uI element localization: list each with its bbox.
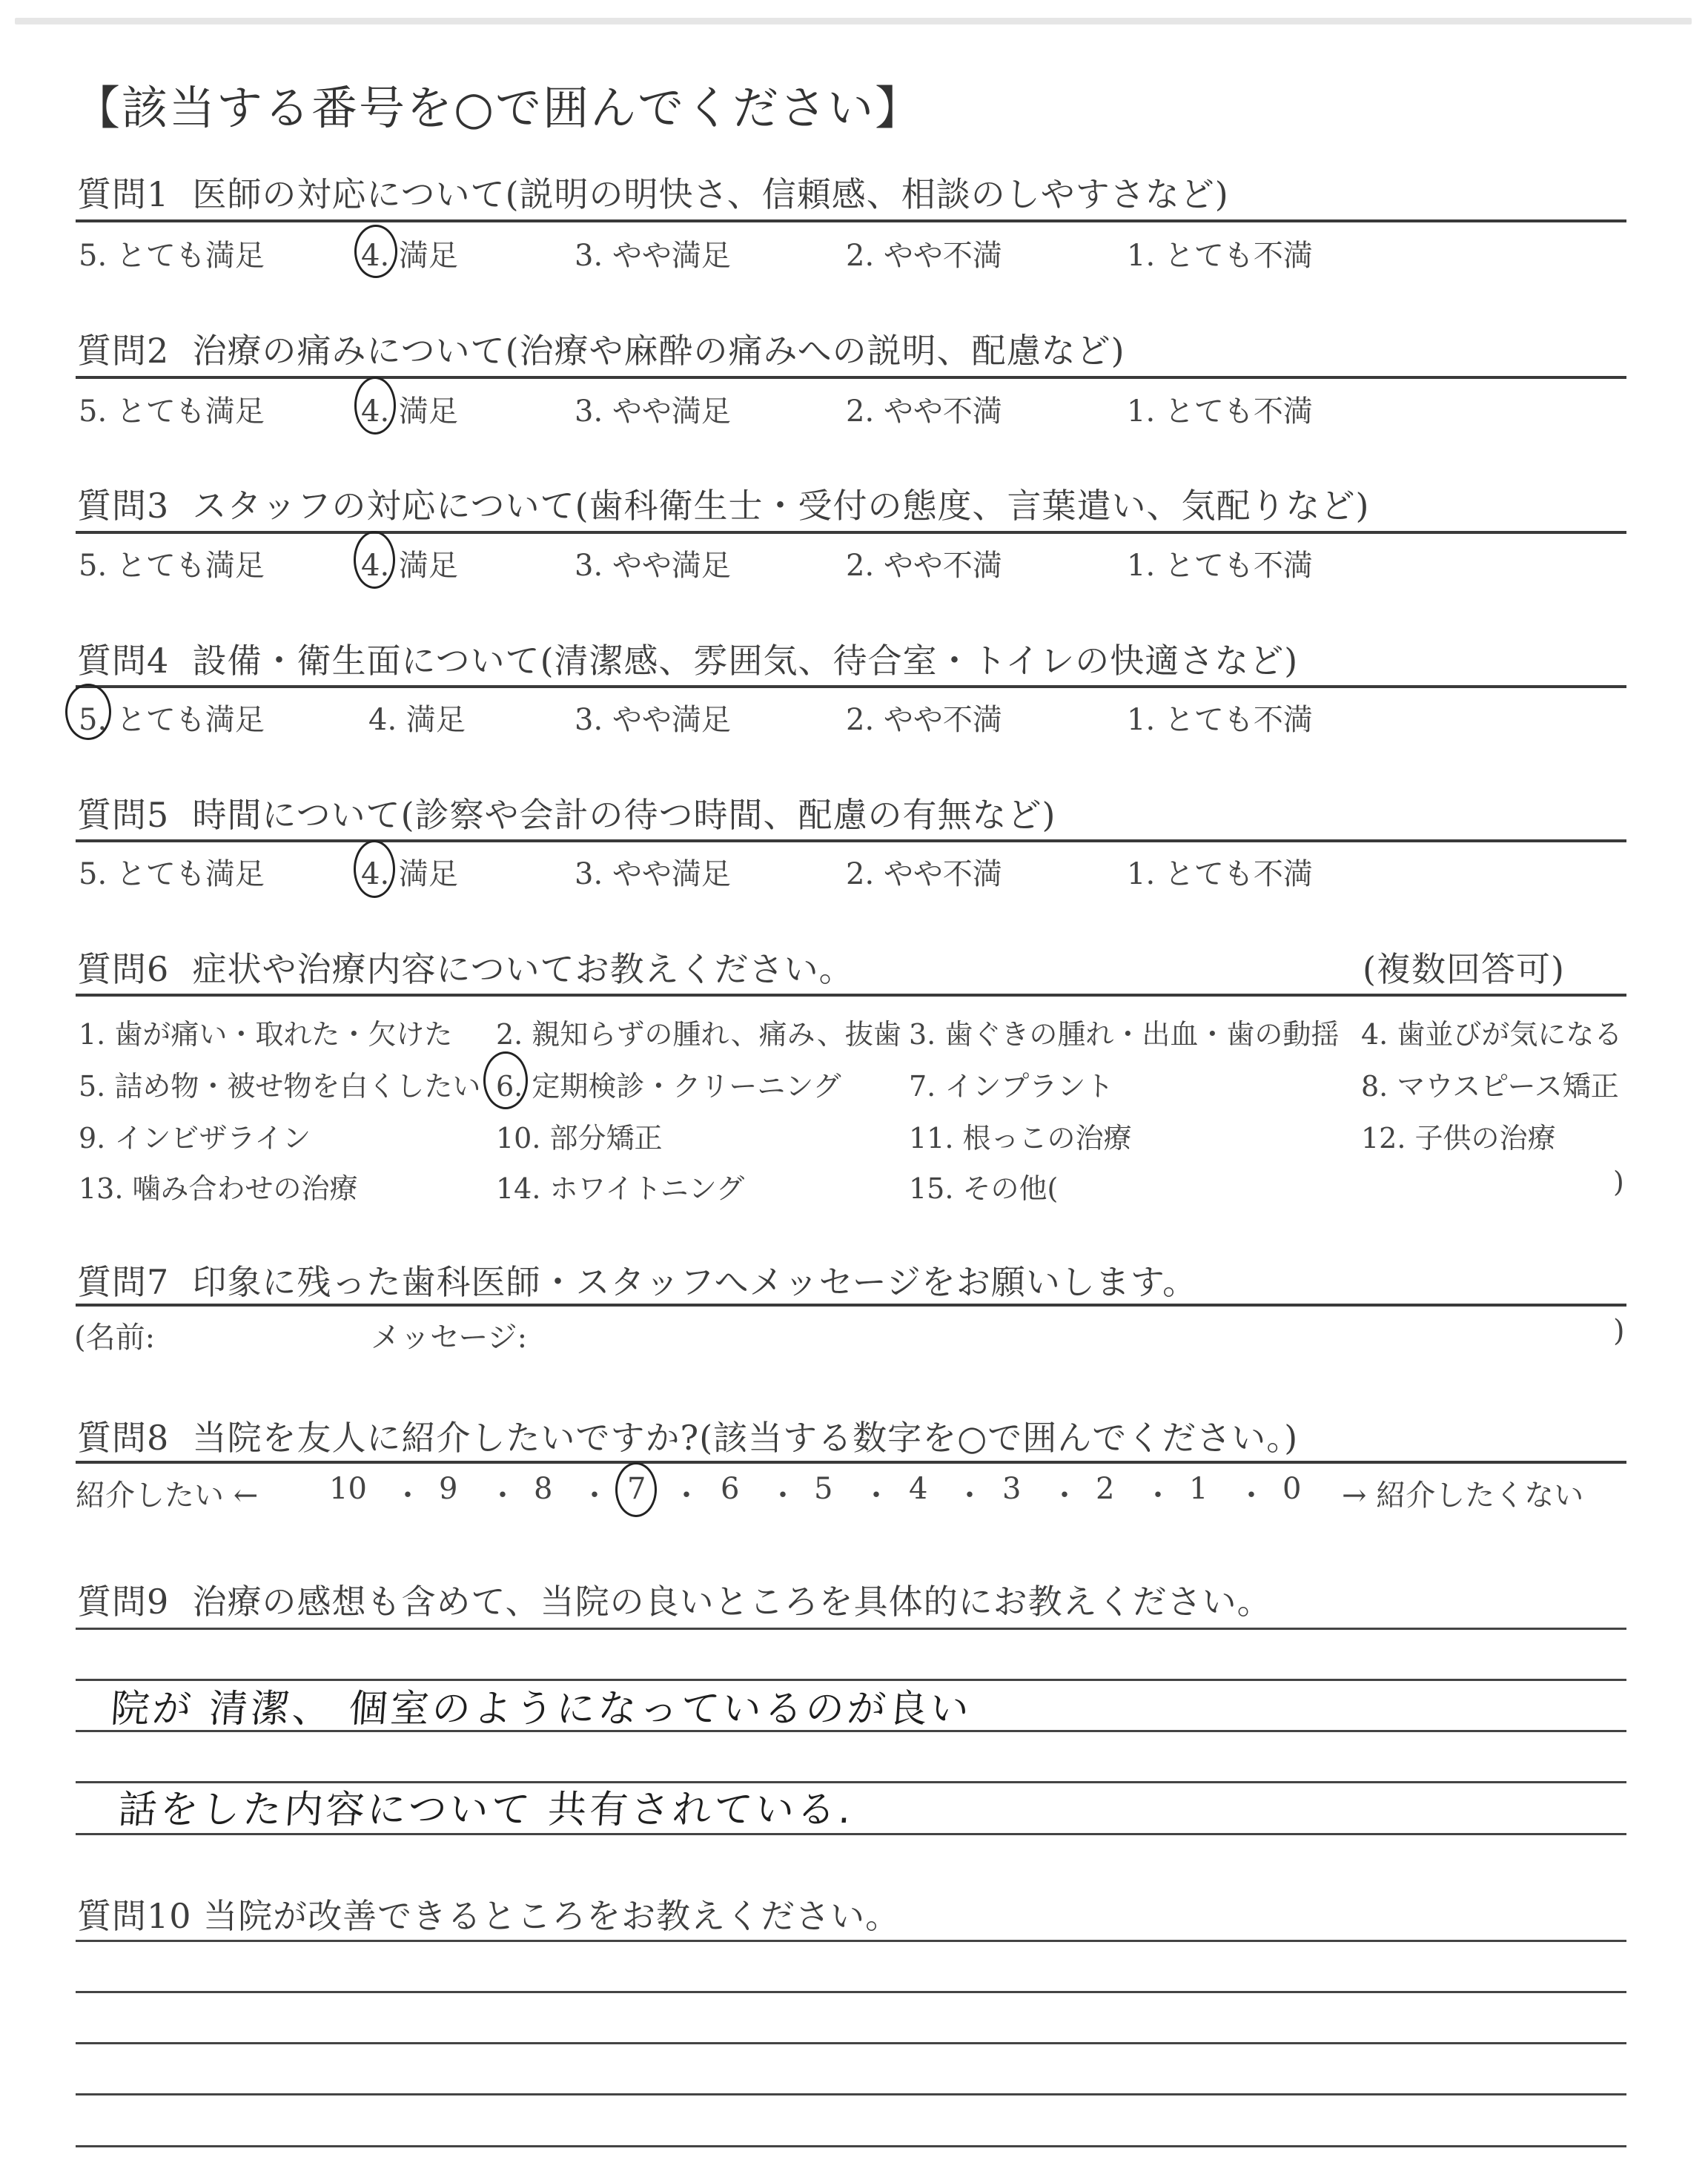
q4-option-4[interactable]: 4. 満足: [368, 696, 466, 739]
q7-name-label: (名前:: [74, 1314, 155, 1356]
question-6-header: 質問6 症状や治療内容についてお教えください。: [77, 942, 854, 991]
form-instruction: 【該当する番号を○で囲んでください】: [74, 71, 922, 137]
question-2-text: 治療の痛みについて(治療や麻酔の痛みへの説明、配慮など): [193, 331, 1125, 371]
q8-score-9[interactable]: 9: [439, 1472, 457, 1506]
question-1-header: 質問1 医師の対応について(説明の明快さ、信頼感、相談のしやすさなど): [77, 168, 1229, 217]
q7-message-label: メッセージ:: [371, 1314, 527, 1356]
q7-name-field[interactable]: [178, 1314, 356, 1347]
q1-selected-circle-mark: [354, 225, 397, 278]
question-4-header: 質問4 設備・衛生面について(清潔感、雰囲気、待合室・トイレの快適さなど): [77, 634, 1298, 683]
q6-option-10[interactable]: 10. 部分矯正: [496, 1115, 663, 1156]
q4-selected-circle-mark: [65, 684, 111, 740]
q8-separator: ・: [861, 1472, 891, 1514]
q5-selected-circle-mark: [354, 840, 395, 898]
question-9-header: 質問9 治療の感想も含めて、当院の良いところを具体的にお教えください。: [77, 1575, 1272, 1624]
q8-separator: ・: [1050, 1472, 1079, 1514]
q8-separator: ・: [1237, 1472, 1266, 1514]
q10-answer-line[interactable]: [76, 2042, 1626, 2044]
q8-selected-circle-mark: [615, 1462, 657, 1517]
q8-score-10[interactable]: 10: [329, 1472, 367, 1506]
q8-separator: ・: [955, 1472, 984, 1514]
question-9-text: 治療の感想も含めて、当院の良いところを具体的にお教えください。: [193, 1582, 1272, 1622]
question-7-rule: [76, 1304, 1626, 1307]
q3-option-2[interactable]: 2. やや不満: [846, 542, 1002, 584]
question-1-label: 質問1: [77, 174, 169, 214]
question-5-text: 時間について(診察や会計の待つ時間、配慮の有無など): [193, 795, 1056, 835]
q6-option-13[interactable]: 13. 噛み合わせの治療: [79, 1166, 358, 1206]
q6-option-14[interactable]: 14. ホワイトニング: [496, 1166, 744, 1206]
question-10-label: 質問10: [77, 1896, 192, 1936]
question-8-header: 質問8 当院を友人に紹介したいですか?(該当する数字を○で囲んでください。): [77, 1411, 1298, 1460]
question-6-label: 質問6: [77, 949, 169, 989]
q6-option-9[interactable]: 9. インビザライン: [79, 1115, 311, 1156]
q9-answer-line: [76, 1628, 1626, 1630]
q8-score-4[interactable]: 4: [909, 1472, 927, 1506]
question-7-text: 印象に残った歯科医師・スタッフへメッセージをお願いします。: [193, 1262, 1198, 1302]
q3-selected-circle-mark: [354, 531, 395, 589]
q2-option-5[interactable]: 5. とても満足: [79, 388, 265, 430]
question-1-text: 医師の対応について(説明の明快さ、信頼感、相談のしやすさなど): [193, 174, 1229, 214]
q1-option-3[interactable]: 3. やや満足: [575, 232, 731, 274]
q6-option-5[interactable]: 5. 詰め物・被せ物を白くしたい: [79, 1063, 480, 1104]
q8-right-label: → 紹介したくない: [1342, 1472, 1583, 1514]
question-7-header: 質問7 印象に残った歯科医師・スタッフへメッセージをお願いします。: [77, 1255, 1197, 1304]
q8-separator: ・: [672, 1472, 701, 1514]
question-3-label: 質問3: [77, 486, 169, 526]
q2-selected-circle-mark: [354, 377, 396, 435]
q6-option-8[interactable]: 8. マウスピース矯正: [1361, 1063, 1619, 1104]
q5-option-1[interactable]: 1. とても不満: [1127, 851, 1313, 893]
q8-left-label: 紹介したい ←: [76, 1472, 258, 1514]
question-2-header: 質問2 治療の痛みについて(治療や麻酔の痛みへの説明、配慮など): [77, 324, 1125, 373]
question-10-text: 当院が改善できるところをお教えください。: [203, 1896, 900, 1936]
q10-answer-line[interactable]: [76, 2145, 1626, 2147]
q3-option-5[interactable]: 5. とても満足: [79, 542, 265, 584]
q8-separator: ・: [1143, 1472, 1173, 1514]
q8-score-6[interactable]: 6: [721, 1472, 739, 1506]
question-6-multiple-note: (複数回答可): [1363, 942, 1565, 991]
question-5-label: 質問5: [77, 795, 169, 835]
q4-option-3[interactable]: 3. やや満足: [575, 696, 731, 739]
q6-other-close-paren: ): [1613, 1166, 1624, 1198]
scan-top-edge: [15, 18, 1692, 24]
question-8-label: 質問8: [77, 1418, 169, 1458]
question-2-label: 質問2: [77, 331, 169, 371]
question-4-label: 質問4: [77, 641, 169, 681]
q7-close-paren: ): [1613, 1314, 1625, 1348]
question-3-text: スタッフの対応について(歯科衛生士・受付の態度、言葉遣い、気配りなど): [193, 486, 1370, 526]
question-1-rule: [76, 219, 1626, 222]
q9-handwritten-answer-line-2[interactable]: 話をした内容について 共有されている.: [116, 1778, 855, 1834]
q8-score-0[interactable]: 0: [1282, 1472, 1301, 1506]
question-4-rule: [76, 685, 1626, 688]
q5-option-3[interactable]: 3. やや満足: [575, 851, 731, 893]
q2-option-1[interactable]: 1. とても不満: [1127, 388, 1313, 430]
q5-option-5[interactable]: 5. とても満足: [79, 851, 265, 893]
question-4-text: 設備・衛生面について(清潔感、雰囲気、待合室・トイレの快適さなど): [193, 641, 1299, 681]
q8-separator: ・: [393, 1472, 423, 1514]
q9-handwritten-answer-line-1[interactable]: 院が 清潔、 個室のようになっているのが良い: [109, 1677, 973, 1733]
question-3-rule: [76, 531, 1626, 534]
q6-option-1[interactable]: 1. 歯が痛い・取れた・欠けた: [79, 1011, 452, 1052]
q6-option-3[interactable]: 3. 歯ぐきの腫れ・出血・歯の動揺: [909, 1011, 1339, 1052]
question-8-text: 当院を友人に紹介したいですか?(該当する数字を○で囲んでください。): [193, 1418, 1299, 1458]
q2-option-2[interactable]: 2. やや不満: [846, 388, 1002, 430]
q1-option-1[interactable]: 1. とても不満: [1127, 232, 1313, 274]
q10-answer-line[interactable]: [76, 1940, 1626, 1942]
question-6-text: 症状や治療内容についてお教えください。: [193, 949, 854, 989]
q6-option-11[interactable]: 11. 根っこの治療: [909, 1115, 1132, 1156]
question-5-rule: [76, 839, 1626, 842]
question-3-header: 質問3 スタッフの対応について(歯科衛生士・受付の態度、言葉遣い、気配りなど): [77, 479, 1370, 528]
q6-option-6[interactable]: 6. 定期検診・クリーニング: [496, 1063, 841, 1104]
q8-score-3[interactable]: 3: [1002, 1472, 1021, 1506]
q8-score-2[interactable]: 2: [1096, 1472, 1114, 1506]
question-10-header: 質問10 当院が改善できるところをお教えください。: [77, 1889, 900, 1938]
question-5-header: 質問5 時間について(診察や会計の待つ時間、配慮の有無など): [77, 788, 1056, 837]
q10-answer-line[interactable]: [76, 2093, 1626, 2095]
q5-option-2[interactable]: 2. やや不満: [846, 851, 1002, 893]
q6-option-7[interactable]: 7. インプラント: [909, 1063, 1113, 1104]
q8-separator: ・: [488, 1472, 517, 1514]
q3-option-1[interactable]: 1. とても不満: [1127, 542, 1313, 584]
q4-option-2[interactable]: 2. やや不満: [846, 696, 1002, 739]
q8-score-5[interactable]: 5: [814, 1472, 833, 1506]
q1-option-5[interactable]: 5. とても満足: [79, 232, 265, 274]
question-2-rule: [76, 376, 1626, 379]
q3-option-3[interactable]: 3. やや満足: [575, 542, 731, 584]
question-9-label: 質問9: [77, 1582, 169, 1622]
q10-answer-line[interactable]: [76, 1991, 1626, 1993]
q8-separator: ・: [580, 1472, 609, 1514]
q6-selected-circle-mark: [483, 1051, 528, 1109]
q8-separator: ・: [768, 1472, 798, 1514]
q2-option-3[interactable]: 3. やや満足: [575, 388, 731, 430]
q7-message-field[interactable]: [563, 1314, 1601, 1347]
question-6-rule: [76, 994, 1626, 997]
question-8-rule: [76, 1461, 1626, 1464]
question-7-label: 質問7: [77, 1262, 169, 1302]
q6-option-4[interactable]: 4. 歯並びが気になる: [1361, 1011, 1622, 1052]
q8-score-8[interactable]: 8: [534, 1472, 552, 1506]
q8-score-1[interactable]: 1: [1189, 1472, 1208, 1506]
q1-option-2[interactable]: 2. やや不満: [846, 232, 1002, 274]
q4-option-1[interactable]: 1. とても不満: [1127, 696, 1313, 739]
q6-option-15-other[interactable]: 15. その他(: [909, 1166, 1058, 1206]
q6-option-12[interactable]: 12. 子供の治療: [1361, 1115, 1556, 1156]
q6-option-2[interactable]: 2. 親知らずの腫れ、痛み、抜歯: [496, 1011, 901, 1052]
